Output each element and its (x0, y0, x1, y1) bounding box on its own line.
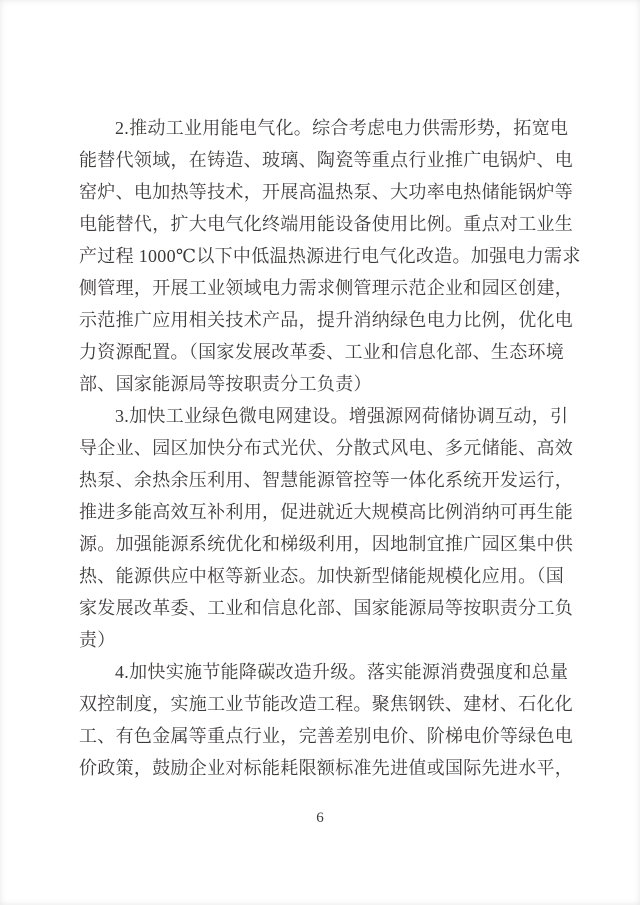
text-line: 热泵、余热余压利用、智慧能源管控等一体化系统开发运行， (79, 464, 558, 496)
text-line: 窑炉、电加热等技术，开展高温热泵、大功率电热储能锅炉等 (79, 176, 558, 208)
text-line: 能替代领域，在铸造、玻璃、陶瓷等重点行业推广电锅炉、电 (79, 144, 558, 176)
paragraph-section-3: 3.加快工业绿色微电网建设。增强源网荷储协调互动，引 导企业、园区加快分布式光伏… (79, 400, 558, 656)
text-line: 导企业、园区加快分布式光伏、分散式风电、多元储能、高效 (79, 432, 558, 464)
text-line: 热、能源供应中枢等新业态。加快新型储能规模化应用。（国 (79, 560, 558, 592)
text-line: 2.推动工业用能电气化。综合考虑电力供需形势，拓宽电 (79, 112, 558, 144)
paragraph-section-4: 4.加快实施节能降碳改造升级。落实能源消费强度和总量 双控制度，实施工业节能改造… (79, 656, 558, 784)
text-line: 推进多能高效互补利用，促进就近大规模高比例消纳可再生能 (79, 496, 558, 528)
text-line: 侧管理，开展工业领域电力需求侧管理示范企业和园区创建， (79, 272, 558, 304)
document-page: 2.推动工业用能电气化。综合考虑电力供需形势，拓宽电 能替代领域，在铸造、玻璃、… (0, 0, 640, 905)
text-line: 产过程 1000℃以下中低温热源进行电气化改造。加强电力需求 (79, 240, 558, 272)
paragraph-section-2: 2.推动工业用能电气化。综合考虑电力供需形势，拓宽电 能替代领域，在铸造、玻璃、… (79, 112, 558, 400)
text-line: 电能替代，扩大电气化终端用能设备使用比例。重点对工业生 (79, 208, 558, 240)
text-line: 部、国家能源局等按职责分工负责） (79, 368, 558, 400)
text-line: 3.加快工业绿色微电网建设。增强源网荷储协调互动，引 (79, 400, 558, 432)
text-line: 责） (79, 624, 558, 656)
text-line: 源。加强能源系统优化和梯级利用，因地制宜推广园区集中供 (79, 528, 558, 560)
text-line: 双控制度，实施工业节能改造工程。聚焦钢铁、建材、石化化 (79, 688, 558, 720)
text-line: 家发展改革委、工业和信息化部、国家能源局等按职责分工负 (79, 592, 558, 624)
text-line: 工、有色金属等重点行业，完善差别电价、阶梯电价等绿色电 (79, 720, 558, 752)
document-body: 2.推动工业用能电气化。综合考虑电力供需形势，拓宽电 能替代领域，在铸造、玻璃、… (79, 112, 558, 784)
text-line: 示范推广应用相关技术产品，提升消纳绿色电力比例，优化电 (79, 304, 558, 336)
text-line: 价政策，鼓励企业对标能耗限额标准先进值或国际先进水平， (79, 752, 558, 784)
text-line: 力资源配置。（国家发展改革委、工业和信息化部、生态环境 (79, 336, 558, 368)
page-number: 6 (0, 806, 640, 830)
text-line: 4.加快实施节能降碳改造升级。落实能源消费强度和总量 (79, 656, 558, 688)
